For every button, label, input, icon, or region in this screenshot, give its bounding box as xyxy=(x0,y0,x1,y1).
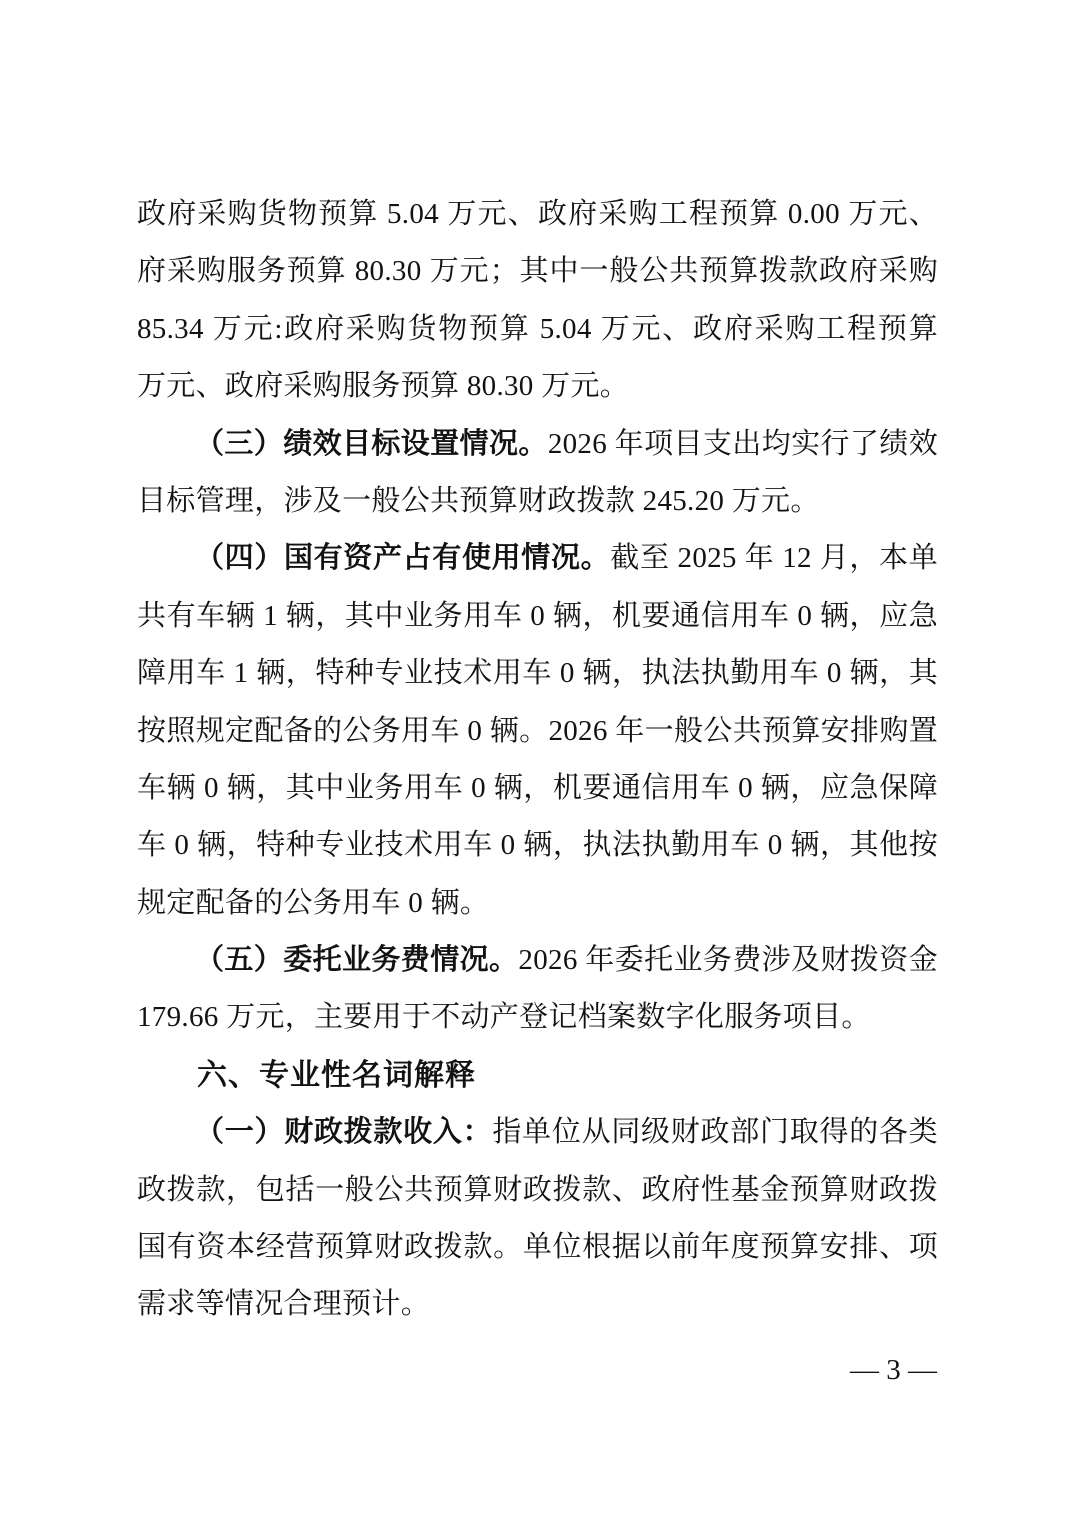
text-line: （三）绩效目标设置情况。2026 年项目支出均实行了绩效 xyxy=(137,416,938,473)
section-heading: 六、专业性名词解释 xyxy=(137,1047,938,1104)
text-segment: 障用车 1 辆，特种专业技术用车 0 辆，执法执勤用车 0 辆，其他 xyxy=(137,657,938,702)
text-segment: 国有资本经营预算财政拨款。单位根据以前年度预算安排、项目 xyxy=(137,1231,938,1276)
text-line: 85.34 万元:政府采购货物预算 5.04 万元、政府采购工程预算 0.00 xyxy=(137,301,938,358)
text-segment: 府采购服务预算 80.30 万元；其中一般公共预算拨款政府采购 xyxy=(137,255,938,287)
text-segment: 万元、政府采购服务预算 80.30 万元。 xyxy=(137,370,629,402)
text-segment: 规定配备的公务用车 0 辆。 xyxy=(137,887,489,919)
text-line: （一）财政拨款收入：指单位从同级财政部门取得的各类财 xyxy=(137,1104,938,1161)
text-line: 府采购服务预算 80.30 万元；其中一般公共预算拨款政府采购 xyxy=(137,243,938,300)
text-line: 共有车辆 1 辆，其中业务用车 0 辆，机要通信用车 0 辆，应急保 xyxy=(137,588,938,645)
text-segment-bold: （四）国有资产占有使用情况。 xyxy=(195,542,610,574)
text-segment: 目标管理，涉及一般公共预算财政拨款 245.20 万元。 xyxy=(137,485,820,517)
text-segment: 车 0 辆，特种专业技术用车 0 辆，执法执勤用车 0 辆，其他按照 xyxy=(137,829,938,874)
text-segment: 85.34 万元:政府采购货物预算 5.04 万元、政府采购工程预算 0.00 xyxy=(137,313,938,358)
text-line: 目标管理，涉及一般公共预算财政拨款 245.20 万元。 xyxy=(137,473,938,530)
text-segment: 政拨款，包括一般公共预算财政拨款、政府性基金预算财政拨款、 xyxy=(137,1174,938,1219)
text-line: 国有资本经营预算财政拨款。单位根据以前年度预算安排、项目 xyxy=(137,1219,938,1276)
text-line: 障用车 1 辆，特种专业技术用车 0 辆，执法执勤用车 0 辆，其他 xyxy=(137,645,938,702)
text-segment: 179.66 万元，主要用于不动产登记档案数字化服务项目。 xyxy=(137,1001,871,1033)
text-segment-bold: （一）财政拨款收入： xyxy=(195,1116,492,1148)
text-segment: 需求等情况合理预计。 xyxy=(137,1288,430,1320)
text-line: 车 0 辆，特种专业技术用车 0 辆，执法执勤用车 0 辆，其他按照 xyxy=(137,817,938,874)
text-segment: 共有车辆 1 辆，其中业务用车 0 辆，机要通信用车 0 辆，应急保 xyxy=(137,600,938,645)
text-segment: 车辆 0 辆，其中业务用车 0 辆，机要通信用车 0 辆，应急保障用 xyxy=(137,772,938,817)
text-line: 需求等情况合理预计。 xyxy=(137,1276,938,1333)
text-segment: 2026 年委托业务费涉及财拨资金 xyxy=(518,944,938,976)
document-body: 政府采购货物预算 5.04 万元、政府采购工程预算 0.00 万元、政府采购服务… xyxy=(137,186,938,1334)
text-line: 车辆 0 辆，其中业务用车 0 辆，机要通信用车 0 辆，应急保障用 xyxy=(137,760,938,817)
text-line: （五）委托业务费情况。2026 年委托业务费涉及财拨资金 xyxy=(137,932,938,989)
text-line: 按照规定配备的公务用车 0 辆。2026 年一般公共预算安排购置 xyxy=(137,703,938,760)
text-segment: 政府采购货物预算 5.04 万元、政府采购工程预算 0.00 万元、政 xyxy=(137,198,938,243)
document-page: 政府采购货物预算 5.04 万元、政府采购工程预算 0.00 万元、政府采购服务… xyxy=(0,0,1074,1520)
text-segment-bold: （五）委托业务费情况。 xyxy=(195,944,518,976)
text-line: 规定配备的公务用车 0 辆。 xyxy=(137,875,938,932)
text-line: 179.66 万元，主要用于不动产登记档案数字化服务项目。 xyxy=(137,989,938,1046)
text-line: （四）国有资产占有使用情况。截至 2025 年 12 月，本单位 xyxy=(137,530,938,587)
text-segment: 2026 年项目支出均实行了绩效 xyxy=(548,428,938,460)
text-segment-bold: （三）绩效目标设置情况。 xyxy=(195,428,548,460)
text-segment-bold: 六、专业性名词解释 xyxy=(197,1058,476,1093)
text-line: 政拨款，包括一般公共预算财政拨款、政府性基金预算财政拨款、 xyxy=(137,1162,938,1219)
page-number: — 3 — xyxy=(850,1353,937,1387)
text-line: 政府采购货物预算 5.04 万元、政府采购工程预算 0.00 万元、政 xyxy=(137,186,938,243)
text-line: 万元、政府采购服务预算 80.30 万元。 xyxy=(137,358,938,415)
text-segment: 按照规定配备的公务用车 0 辆。2026 年一般公共预算安排购置 xyxy=(137,715,938,747)
